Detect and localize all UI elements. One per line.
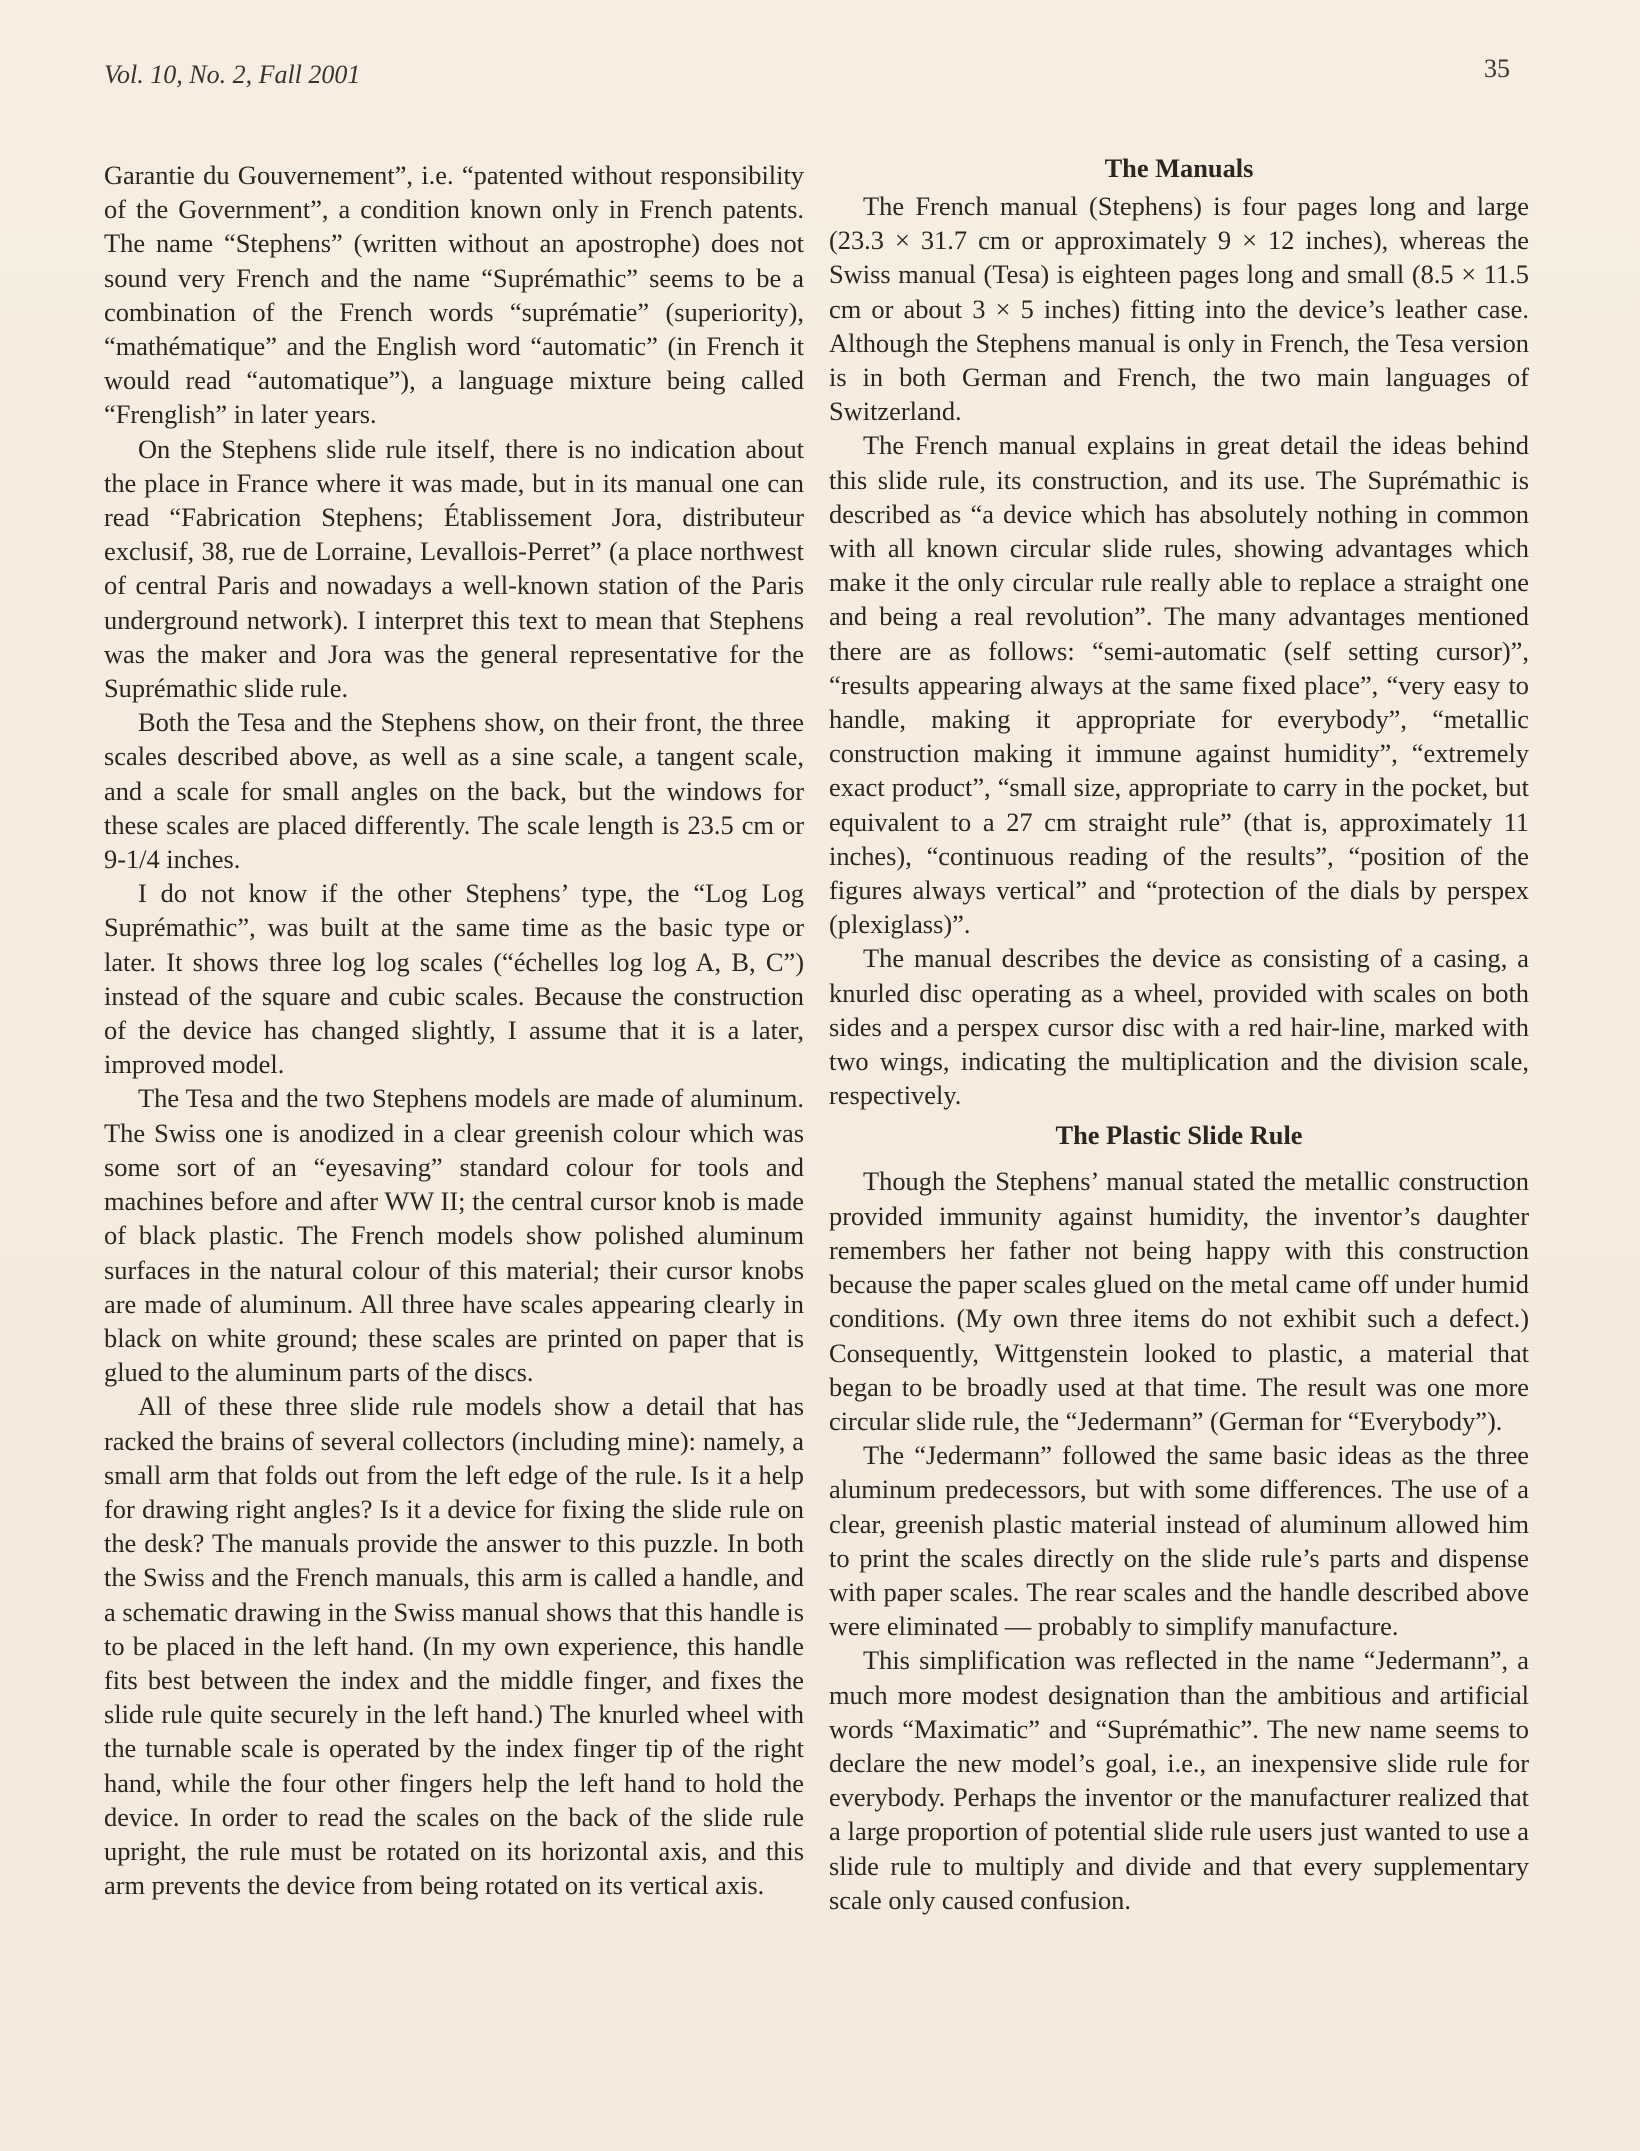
paragraph: All of these three slide rule models sho… bbox=[104, 1389, 804, 1902]
journal-page: Vol. 10, No. 2, Fall 2001 35 Garantie du… bbox=[0, 0, 1640, 2151]
paragraph: The French manual explains in great deta… bbox=[829, 428, 1529, 941]
paragraph: Though the Stephens’ manual stated the m… bbox=[829, 1164, 1529, 1438]
left-column: Garantie du Gouvernement”, i.e. “patente… bbox=[104, 158, 804, 1902]
paragraph: This simplification was reflected in the… bbox=[829, 1643, 1529, 1917]
section-heading-plastic-slide-rule: The Plastic Slide Rule bbox=[829, 1118, 1529, 1152]
paragraph: The French manual (Stephens) is four pag… bbox=[829, 189, 1529, 428]
page-number: 35 bbox=[1484, 54, 1510, 84]
right-column: The Manuals The French manual (Stephens)… bbox=[829, 151, 1529, 1917]
paragraph: The “Jedermann” followed the same basic … bbox=[829, 1438, 1529, 1643]
paragraph: Garantie du Gouvernement”, i.e. “patente… bbox=[104, 158, 804, 432]
paragraph: The manual describes the device as consi… bbox=[829, 941, 1529, 1112]
paragraph: The Tesa and the two Stephens models are… bbox=[104, 1081, 804, 1389]
paragraph: Both the Tesa and the Stephens show, on … bbox=[104, 705, 804, 876]
paragraph: I do not know if the other Stephens’ typ… bbox=[104, 876, 804, 1081]
section-heading-manuals: The Manuals bbox=[829, 151, 1529, 185]
paragraph: On the Stephens slide rule itself, there… bbox=[104, 432, 804, 706]
running-head: Vol. 10, No. 2, Fall 2001 bbox=[104, 60, 360, 90]
